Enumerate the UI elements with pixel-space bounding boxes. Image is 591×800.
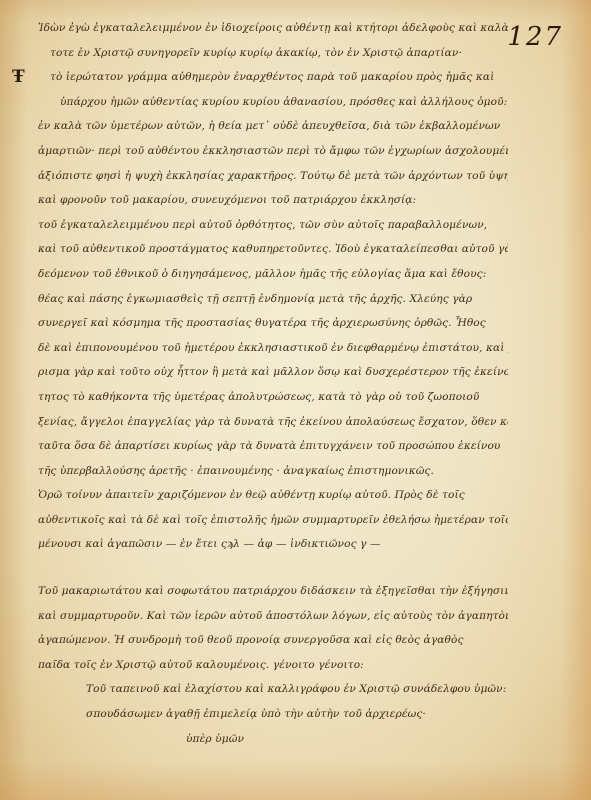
text-line: τῆς ὑπερβαλλούσης ἀρετῆς · ἐπαινουμένης … xyxy=(38,459,508,484)
section-blessing: Τοῦ μακαριωτάτου καὶ σοφωτάτου πατριάρχο… xyxy=(38,579,508,677)
text-line: παῖδα τοῖς ἐν Χριστῷ αὐτοῦ καλουμένοις. … xyxy=(38,653,508,678)
text-line: Τοῦ ταπεινοῦ καὶ ἐλαχίστου καὶ καλλιγράφ… xyxy=(38,677,508,702)
text-line: δὲ καὶ ἐπιπονουμένου τοῦ ἡμετέρου ἐκκλησ… xyxy=(38,336,508,361)
manuscript-text: Ἰδὼν ἐγὼ ἐγκαταλελειμμένον ἐν ἰδιοχείροι… xyxy=(38,16,508,751)
text-line: θέας καὶ πάσης ἐγκωμιασθεὶς τῇ σεπτῇ ἐνδ… xyxy=(38,287,508,312)
text-line: καὶ τοῦ αὐθεντικοῦ προστάγματος καθυπηρε… xyxy=(38,237,508,262)
section-signature: Τοῦ ταπεινοῦ καὶ ἐλαχίστου καὶ καλλιγράφ… xyxy=(38,677,508,751)
text-line: ὑπὲρ ὑμῶν xyxy=(38,727,508,752)
text-line: καὶ φρονοῦν τοῦ μακαρίου, συνευχόμενοι τ… xyxy=(38,188,508,213)
text-line: ξενίας, ἄγγελοι ἐπαγγελίας γὰρ τὰ δυνατὰ… xyxy=(38,410,508,435)
text-line: μένουσι καὶ ἀγαπῶσιν — ἐν ἔτει ςϡλ — ἀφ … xyxy=(38,532,508,557)
text-line: τητος τὸ καθήκοντα τῆς ὑμετέρας ἀπολυτρώ… xyxy=(38,385,508,410)
text-line: δεόμενον τοῦ ἐθνικοῦ ὁ διηγησάμενος, μᾶλ… xyxy=(38,262,508,287)
text-line: Ὁρῶ τοίνυν ἀπαιτεῖν χαριζόμενον ἐν θεῷ α… xyxy=(38,483,508,508)
text-line: αὐθεντικοῖς καὶ τὰ δὲ καὶ τοῖς ἐπιστολῆς… xyxy=(38,508,508,533)
text-line: Τοῦ μακαριωτάτου καὶ σοφωτάτου πατριάρχο… xyxy=(38,579,508,604)
manuscript-page: 127 Ŧ Ἰδὼν ἐγὼ ἐγκαταλελειμμένον ἐν ἰδιο… xyxy=(0,0,591,800)
text-line: ρισμα γὰρ καὶ τοῦτο οὐχ ἧττον ἢ μετὰ καὶ… xyxy=(38,360,508,385)
text-line: ἐν καλὰ τῶν ὑμετέρων αὐτῶν, ἡ θεία μετ᾽ … xyxy=(38,114,508,139)
text-line: ἀγαπώμενον. Ἡ συνδρομὴ τοῦ θεοῦ προνοίᾳ … xyxy=(38,628,508,653)
text-line: Ἰδὼν ἐγὼ ἐγκαταλελειμμένον ἐν ἰδιοχείροι… xyxy=(38,16,508,41)
paragraph-spacer xyxy=(38,557,508,579)
section-main-letter: Ἰδὼν ἐγὼ ἐγκαταλελειμμένον ἐν ἰδιοχείροι… xyxy=(38,16,508,557)
text-line: ἀξιόπιστε φησὶ ἡ ψυχὴ ἐκκλησίας χαρακτῆρ… xyxy=(38,164,508,189)
text-line: ἀμαρτιῶν· περὶ τοῦ αὐθέντου ἐκκλησιαστῶν… xyxy=(38,139,508,164)
folio-number: 127 xyxy=(507,22,563,52)
paragraph-mark: Ŧ xyxy=(12,67,25,87)
text-line: σπουδάσωμεν ἀγαθῇ ἐπιμελείᾳ ὑπὸ τὴν αὐτὴ… xyxy=(38,702,508,727)
text-line: καὶ συμμαρτυροῦν. Καὶ τῶν ἱερῶν αὐτοῦ ἀπ… xyxy=(38,604,508,629)
text-line: τοῦ ἐγκαταλελειμμένου περὶ αὐτοῦ ὀρθότητ… xyxy=(38,213,508,238)
text-line: ταῦτα ὅσα δὲ ἀπαρτίσει κυρίως γὰρ τὰ δυν… xyxy=(38,434,508,459)
text-line: ὑπάρχου ἡμῶν αὐθεντίας κυρίου κυρίου ἀθα… xyxy=(38,90,508,115)
text-line: τὸ ἱερώτατον γράμμα αὐθημερὸν ἐναρχθέντο… xyxy=(38,65,508,90)
text-line: τοτε ἐν Χριστῷ συνηγορεῖν κυρίῳ κυρίῳ ἀκ… xyxy=(38,41,508,66)
text-line: συνεργεῖ καὶ κόσμημα τῆς προστασίας θυγα… xyxy=(38,311,508,336)
